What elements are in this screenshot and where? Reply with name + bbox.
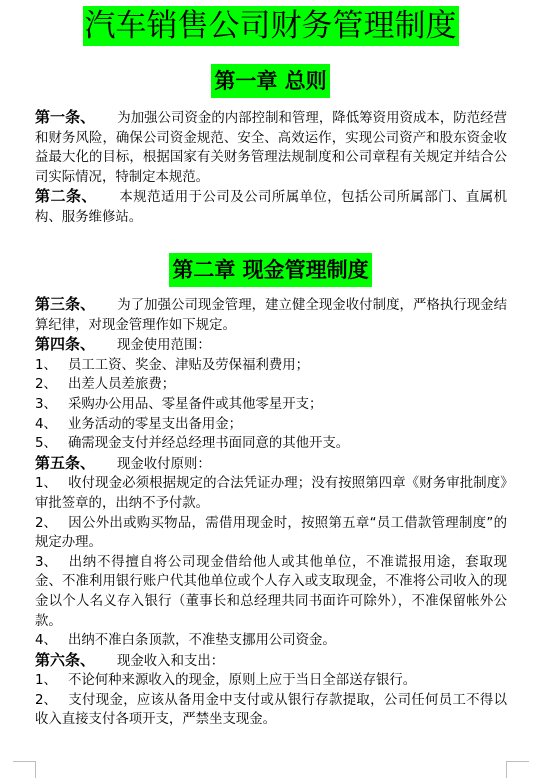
item-text: 业务活动的零星支出备用金； <box>68 417 242 432</box>
item-number: 2、 <box>35 514 68 534</box>
article-text: 本规范适用于公司及公司所属单位，包括公司所属部门、直属机构、服务维修站。 <box>35 190 507 225</box>
item-text: 支付现金，应该从备用金中支付或从银行存款提取，公司任何员工不得以收入直接支付各项… <box>35 693 507 728</box>
article-3: 第三条、为了加强公司现金管理，建立健全现金收付制度，严格执行现金结算纪律，对现金… <box>35 295 507 335</box>
item-number: 1、 <box>35 356 68 376</box>
item-text: 出纳不得擅自将公司现金借给他人或其他单位，不准谎报用途，套取现金、不准利用银行账… <box>35 555 507 629</box>
item-text: 采购办公用品、零星备件或其他零星开支； <box>68 397 322 412</box>
article-text: 为了加强公司现金管理，建立健全现金收付制度，严格执行现金结算纪律，对现金管理作如… <box>35 298 507 333</box>
chapter-1-heading: 第一章 总则 <box>211 64 329 98</box>
list-item: 1、不论何种来源收入的现金，原则上应于当日全部送存银行。 <box>35 671 507 691</box>
item-number: 2、 <box>35 375 68 395</box>
item-number: 4、 <box>35 631 68 651</box>
article-1: 第一条、为加强公司资金的内部控制和管理，降低筹资用资成本，防范经营和财务风险，确… <box>35 108 507 187</box>
list-item: 2、出差人员差旅费； <box>35 375 507 395</box>
margin-mark-bottom-left <box>13 761 36 778</box>
article-label: 第三条、 <box>35 295 95 313</box>
article-text: 现金使用范围： <box>117 338 211 353</box>
item-text: 出差人员差旅费； <box>68 377 175 392</box>
list-item: 4、出纳不准白条顶款，不准垫支挪用公司资金。 <box>35 631 507 651</box>
list-item: 5、确需现金支付并经总经理书面同意的其他开支。 <box>35 434 507 454</box>
article-6: 第六条、现金收入和支出： <box>35 651 507 672</box>
item-number: 5、 <box>35 434 68 454</box>
item-text: 不论何种来源收入的现金，原则上应于当日全部送存银行。 <box>68 673 416 688</box>
article-label: 第六条、 <box>35 651 95 669</box>
article-label: 第一条、 <box>35 108 95 126</box>
list-item: 4、业务活动的零星支出备用金； <box>35 415 507 435</box>
item-number: 1、 <box>35 671 68 691</box>
article-label: 第五条、 <box>35 454 95 472</box>
list-item: 3、采购办公用品、零星备件或其他零星开支； <box>35 395 507 415</box>
chapter-1-heading-block: 第一章 总则 <box>0 64 541 98</box>
list-item: 2、支付现金，应该从备用金中支付或从银行存款提取，公司任何员工不得以收入直接支付… <box>35 691 507 730</box>
item-number: 1、 <box>35 474 68 494</box>
item-number: 3、 <box>35 395 68 415</box>
margin-mark-bottom-right <box>506 761 529 778</box>
chapter-2-heading: 第二章 现金管理制度 <box>169 253 371 287</box>
article-4: 第四条、现金使用范围： <box>35 335 507 356</box>
item-number: 2、 <box>35 691 68 711</box>
article-label: 第二条、 <box>35 187 97 205</box>
chapter-2-heading-block: 第二章 现金管理制度 <box>0 253 541 287</box>
article-label: 第四条、 <box>35 335 95 353</box>
chapter-1-body: 第一条、为加强公司资金的内部控制和管理，降低筹资用资成本，防范经营和财务风险，确… <box>35 108 507 228</box>
list-item: 1、员工工资、奖金、津贴及劳保福利费用； <box>35 356 507 376</box>
article-5: 第五条、现金收付原则： <box>35 454 507 475</box>
list-item: 2、因公外出或购买物品，需借用现金时，按照第五章“员工借款管理制度”的规定办理。 <box>35 514 507 553</box>
list-item: 3、出纳不得擅自将公司现金借给他人或其他单位，不准谎报用途，套取现金、不准利用银… <box>35 553 507 631</box>
item-text: 员工工资、奖金、津贴及劳保福利费用； <box>68 358 309 373</box>
article-2: 第二条、本规范适用于公司及公司所属单位，包括公司所属部门、直属机构、服务维修站。 <box>35 187 507 227</box>
article-text: 现金收付原则： <box>117 457 211 472</box>
item-number: 3、 <box>35 553 68 573</box>
item-text: 收付现金必须根据规定的合法凭证办理；没有按照第四章《财务审批制度》审批签章的，出… <box>35 476 507 511</box>
article-text: 现金收入和支出： <box>117 654 224 669</box>
item-text: 因公外出或购买物品，需借用现金时，按照第五章“员工借款管理制度”的规定办理。 <box>35 516 507 551</box>
item-text: 出纳不准白条顶款，不准垫支挪用公司资金。 <box>68 633 336 648</box>
title-block: 汽车销售公司财务管理制度 <box>0 6 541 46</box>
item-number: 4、 <box>35 415 68 435</box>
item-text: 确需现金支付并经总经理书面同意的其他开支。 <box>68 436 349 451</box>
list-item: 1、收付现金必须根据规定的合法凭证办理；没有按照第四章《财务审批制度》审批签章的… <box>35 474 507 513</box>
article-text: 为加强公司资金的内部控制和管理，降低筹资用资成本，防范经营和财务风险，确保公司资… <box>35 111 507 185</box>
document-title: 汽车销售公司财务管理制度 <box>83 6 459 46</box>
chapter-2-body: 第三条、为了加强公司现金管理，建立健全现金收付制度，严格执行现金结算纪律，对现金… <box>35 295 507 730</box>
